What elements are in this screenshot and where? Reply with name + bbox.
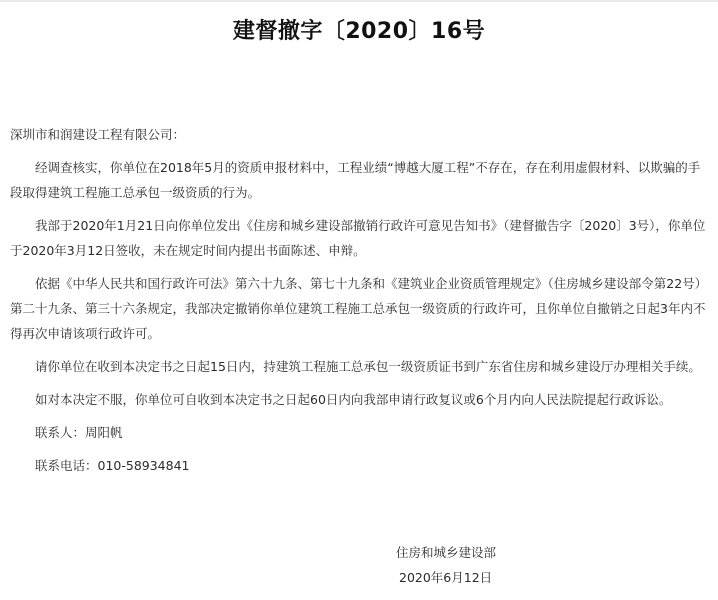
top-edge-bar xyxy=(0,0,718,2)
issuer: 住房和城乡建设部 xyxy=(396,540,496,565)
document-body: 深圳市和润建设工程有限公司： 经调查核实，你单位在2018年5月的资质申报材料中… xyxy=(10,120,710,486)
document-title: 建督撤字〔2020〕16号 xyxy=(0,17,718,47)
contact-phone: 联系电话：010-58934841 xyxy=(10,453,710,478)
signature-block: 住房和城乡建设部 2020年6月12日 xyxy=(396,540,496,590)
contact-person: 联系人：周阳帆 xyxy=(10,420,710,445)
paragraph-procedure: 请你单位在收到本决定书之日起15日内，持建筑工程施工总承包一级资质证书到广东省住… xyxy=(10,354,710,379)
addressee: 深圳市和润建设工程有限公司： xyxy=(10,122,710,147)
paragraph-decision: 依据《中华人民共和国行政许可法》第六十九条、第七十九条和《建筑业企业资质管理规定… xyxy=(10,271,710,346)
paragraph-notice: 我部于2020年1月21日向你单位发出《住房和城乡建设部撤销行政许可意见告知书》… xyxy=(10,213,710,263)
paragraph-appeal: 如对本决定不服，你单位可自收到本决定书之日起60日内向我部申请行政复议或6个月内… xyxy=(10,387,710,412)
issue-date: 2020年6月12日 xyxy=(396,565,496,590)
paragraph-findings: 经调查核实，你单位在2018年5月的资质申报材料中，工程业绩“博越大厦工程”不存… xyxy=(10,155,710,205)
